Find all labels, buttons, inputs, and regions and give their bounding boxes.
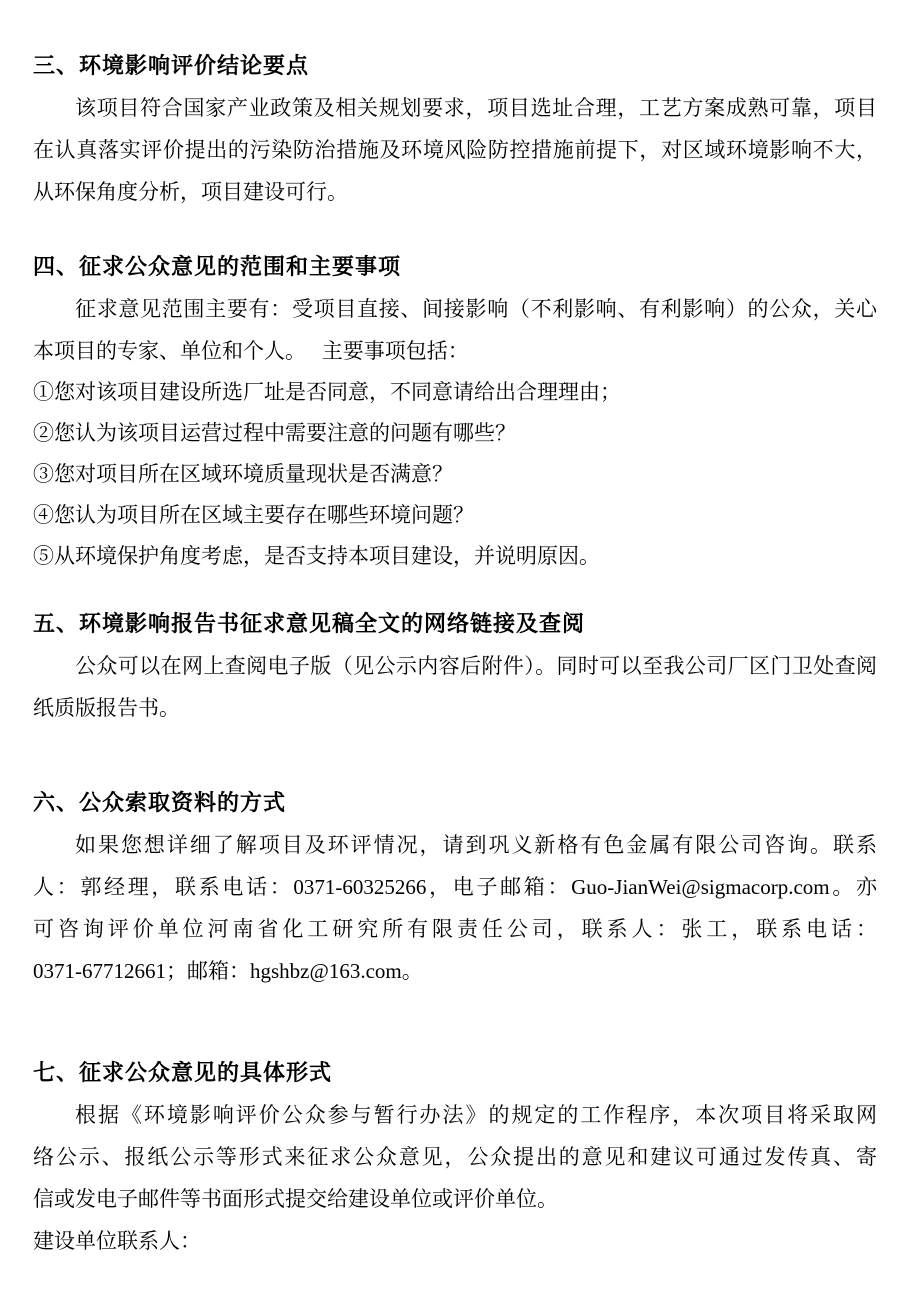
paragraph-line: 在认真落实评价提出的污染防治措施及环境风险防控措施前提下，对区域环境影响不大， — [33, 129, 877, 171]
contact-person-line: 建设单位联系人： — [33, 1220, 877, 1262]
paragraph-line: 公众可以在网上查阅电子版（见公示内容后附件）。同时可以至我公司厂区门卫处查阅 — [33, 645, 877, 687]
list-item-4: ④您认为项目所在区域主要存在哪些环境问题？ — [33, 495, 877, 536]
paragraph-line: 如果您想详细了解项目及环评情况，请到巩义新格有色金属有限公司咨询。联系 — [33, 824, 877, 866]
paragraph-line: 人：郭经理，联系电话：0371-60325266，电子邮箱：Guo-JianWe… — [33, 866, 877, 908]
list-item-5: ⑤从环境保护角度考虑，是否支持本项目建设，并说明原因。 — [33, 536, 877, 577]
section-heading: 六、公众索取资料的方式 — [33, 782, 877, 824]
paragraph-line: 信或发电子邮件等书面形式提交给建设单位或评价单位。 — [33, 1178, 877, 1220]
section-conclusion: 三、环境影响评价结论要点 该项目符合国家产业政策及相关规划要求，项目选址合理，工… — [33, 45, 877, 213]
section-heading: 三、环境影响评价结论要点 — [33, 45, 877, 87]
paragraph-line: 从环保角度分析，项目建设可行。 — [33, 171, 877, 213]
paragraph-line: 纸质版报告书。 — [33, 687, 877, 729]
paragraph-line: 本项目的专家、单位和个人。 主要事项包括： — [33, 330, 877, 372]
paragraph-line: 0371-67712661；邮箱：hgshbz@163.com。 — [33, 950, 877, 992]
section-information-request: 六、公众索取资料的方式 如果您想详细了解项目及环评情况，请到巩义新格有色金属有限… — [33, 782, 877, 992]
paragraph-line: 可咨询评价单位河南省化工研究所有限责任公司，联系人：张工，联系电话： — [33, 908, 877, 950]
section-heading: 五、环境影响报告书征求意见稿全文的网络链接及查阅 — [33, 603, 877, 645]
document-page: 三、环境影响评价结论要点 该项目符合国家产业政策及相关规划要求，项目选址合理，工… — [0, 0, 900, 1307]
section-opinion-form: 七、征求公众意见的具体形式 根据《环境影响评价公众参与暂行办法》的规定的工作程序… — [33, 1052, 877, 1220]
paragraph-line: 络公示、报纸公示等形式来征求公众意见，公众提出的意见和建议可通过发传真、寄 — [33, 1136, 877, 1178]
list-item-2: ②您认为该项目运营过程中需要注意的问题有哪些？ — [33, 413, 877, 454]
list-item-1: ①您对该项目建设所选厂址是否同意，不同意请给出合理理由； — [33, 372, 877, 413]
paragraph-line: 根据《环境影响评价公众参与暂行办法》的规定的工作程序，本次项目将采取网 — [33, 1094, 877, 1136]
paragraph-line: 该项目符合国家产业政策及相关规划要求，项目选址合理，工艺方案成熟可靠，项目 — [33, 87, 877, 129]
section-opinion-scope: 四、征求公众意见的范围和主要事项 征求意见范围主要有：受项目直接、间接影响（不利… — [33, 246, 877, 577]
list-item-3: ③您对项目所在区域环境质量现状是否满意？ — [33, 454, 877, 495]
paragraph-line: 征求意见范围主要有：受项目直接、间接影响（不利影响、有利影响）的公众，关心 — [33, 288, 877, 330]
section-heading: 七、征求公众意见的具体形式 — [33, 1052, 877, 1094]
section-heading: 四、征求公众意见的范围和主要事项 — [33, 246, 877, 288]
section-report-access: 五、环境影响报告书征求意见稿全文的网络链接及查阅 公众可以在网上查阅电子版（见公… — [33, 603, 877, 729]
